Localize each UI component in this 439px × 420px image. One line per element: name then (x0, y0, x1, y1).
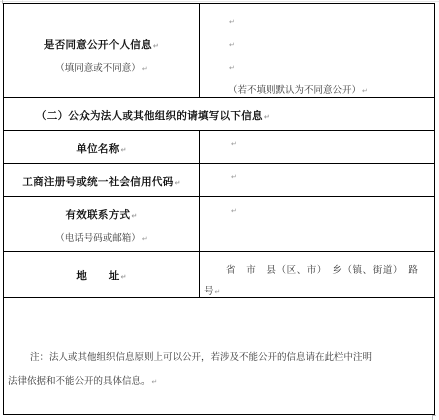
application-form-table: 是否同意公开个人信息↵ （填同意或不同意）↵ ↵ ↵ ↵ （若不填则默认为不同意… (3, 3, 435, 415)
unit-name-field[interactable]: ↵ (200, 131, 434, 163)
contact-sublabel: （电话号码或邮箱） (55, 233, 141, 244)
paragraph-mark-icon: ↵ (229, 18, 235, 26)
paragraph-mark-icon: ↵ (175, 179, 181, 187)
paragraph-mark-icon: ↵ (231, 207, 237, 215)
address-label-cell: 地 址↵ (4, 252, 200, 297)
page-corner-mark (432, 415, 436, 420)
note-line-1: 注：法人或其他组织信息原则上可以公开，若涉及不能公开的信息请在此栏中注明 (30, 349, 372, 363)
contact-label: 有效联系方式 (66, 209, 131, 221)
paragraph-mark-icon: ↵ (131, 212, 137, 220)
unit-name-label: 单位名称 (76, 143, 119, 155)
registration-code-label: 工商注册号或统一社会信用代码 (22, 176, 173, 188)
paragraph-mark-icon: ↵ (152, 378, 158, 386)
consent-label-cell: 是否同意公开个人信息↵ （填同意或不同意）↵ (4, 4, 200, 97)
contact-row: 有效联系方式↵ （电话号码或邮箱）↵ ↵ (4, 197, 434, 252)
unit-name-row: 单位名称↵ ↵ (4, 131, 434, 164)
paragraph-mark-icon: ↵ (231, 173, 237, 181)
consent-label: 是否同意公开个人信息 (44, 39, 152, 51)
consent-row: 是否同意公开个人信息↵ （填同意或不同意）↵ ↵ ↵ ↵ （若不填则默认为不同意… (4, 4, 434, 98)
paragraph-mark-icon: ↵ (231, 140, 237, 148)
consent-sublabel: （填同意或不同意） (55, 63, 141, 74)
paragraph-mark-icon: ↵ (215, 288, 221, 296)
registration-code-field[interactable]: ↵ (200, 164, 434, 196)
address-label: 地 址 (76, 270, 119, 282)
address-line-2: 号 (204, 286, 214, 297)
section-two-heading: （二）公众为法人或其他组织的请填写以下信息 (36, 110, 263, 122)
section-two-row: （二）公众为法人或其他组织的请填写以下信息↵ (4, 98, 434, 131)
unit-name-label-cell: 单位名称↵ (4, 131, 200, 163)
note-line-2: 法律依据和不能公开的具体信息。 (8, 376, 151, 387)
paragraph-mark-icon: ↵ (362, 87, 368, 95)
paragraph-mark-icon: ↵ (264, 113, 270, 121)
consent-default-note: （若不填则默认为不同意公开） (228, 85, 361, 96)
address-field[interactable]: 省 市 县（区、市） 乡（镇、街道） 路 号↵ (200, 252, 434, 297)
page-top-edge (0, 1, 439, 2)
paragraph-mark-icon: ↵ (142, 235, 148, 243)
paragraph-mark-icon: ↵ (229, 64, 235, 72)
note-row[interactable]: 注：法人或其他组织信息原则上可以公开，若涉及不能公开的信息请在此栏中注明 法律依… (4, 298, 434, 414)
paragraph-mark-icon: ↵ (229, 41, 235, 49)
paragraph-mark-icon: ↵ (121, 146, 127, 154)
paragraph-mark-icon: ↵ (142, 65, 148, 73)
consent-value-cell[interactable]: ↵ ↵ ↵ （若不填则默认为不同意公开）↵ (200, 4, 434, 97)
address-row: 地 址↵ 省 市 县（区、市） 乡（镇、街道） 路 号↵ (4, 252, 434, 298)
paragraph-mark-icon: ↵ (153, 42, 159, 50)
contact-field[interactable]: ↵ (200, 197, 434, 251)
registration-code-row: 工商注册号或统一社会信用代码↵ ↵ (4, 164, 434, 197)
contact-label-cell: 有效联系方式↵ （电话号码或邮箱）↵ (4, 197, 200, 251)
registration-code-label-cell: 工商注册号或统一社会信用代码↵ (4, 164, 200, 196)
address-line-1: 省 市 县（区、市） 乡（镇、街道） 路 (226, 262, 419, 276)
paragraph-mark-icon: ↵ (121, 273, 127, 281)
